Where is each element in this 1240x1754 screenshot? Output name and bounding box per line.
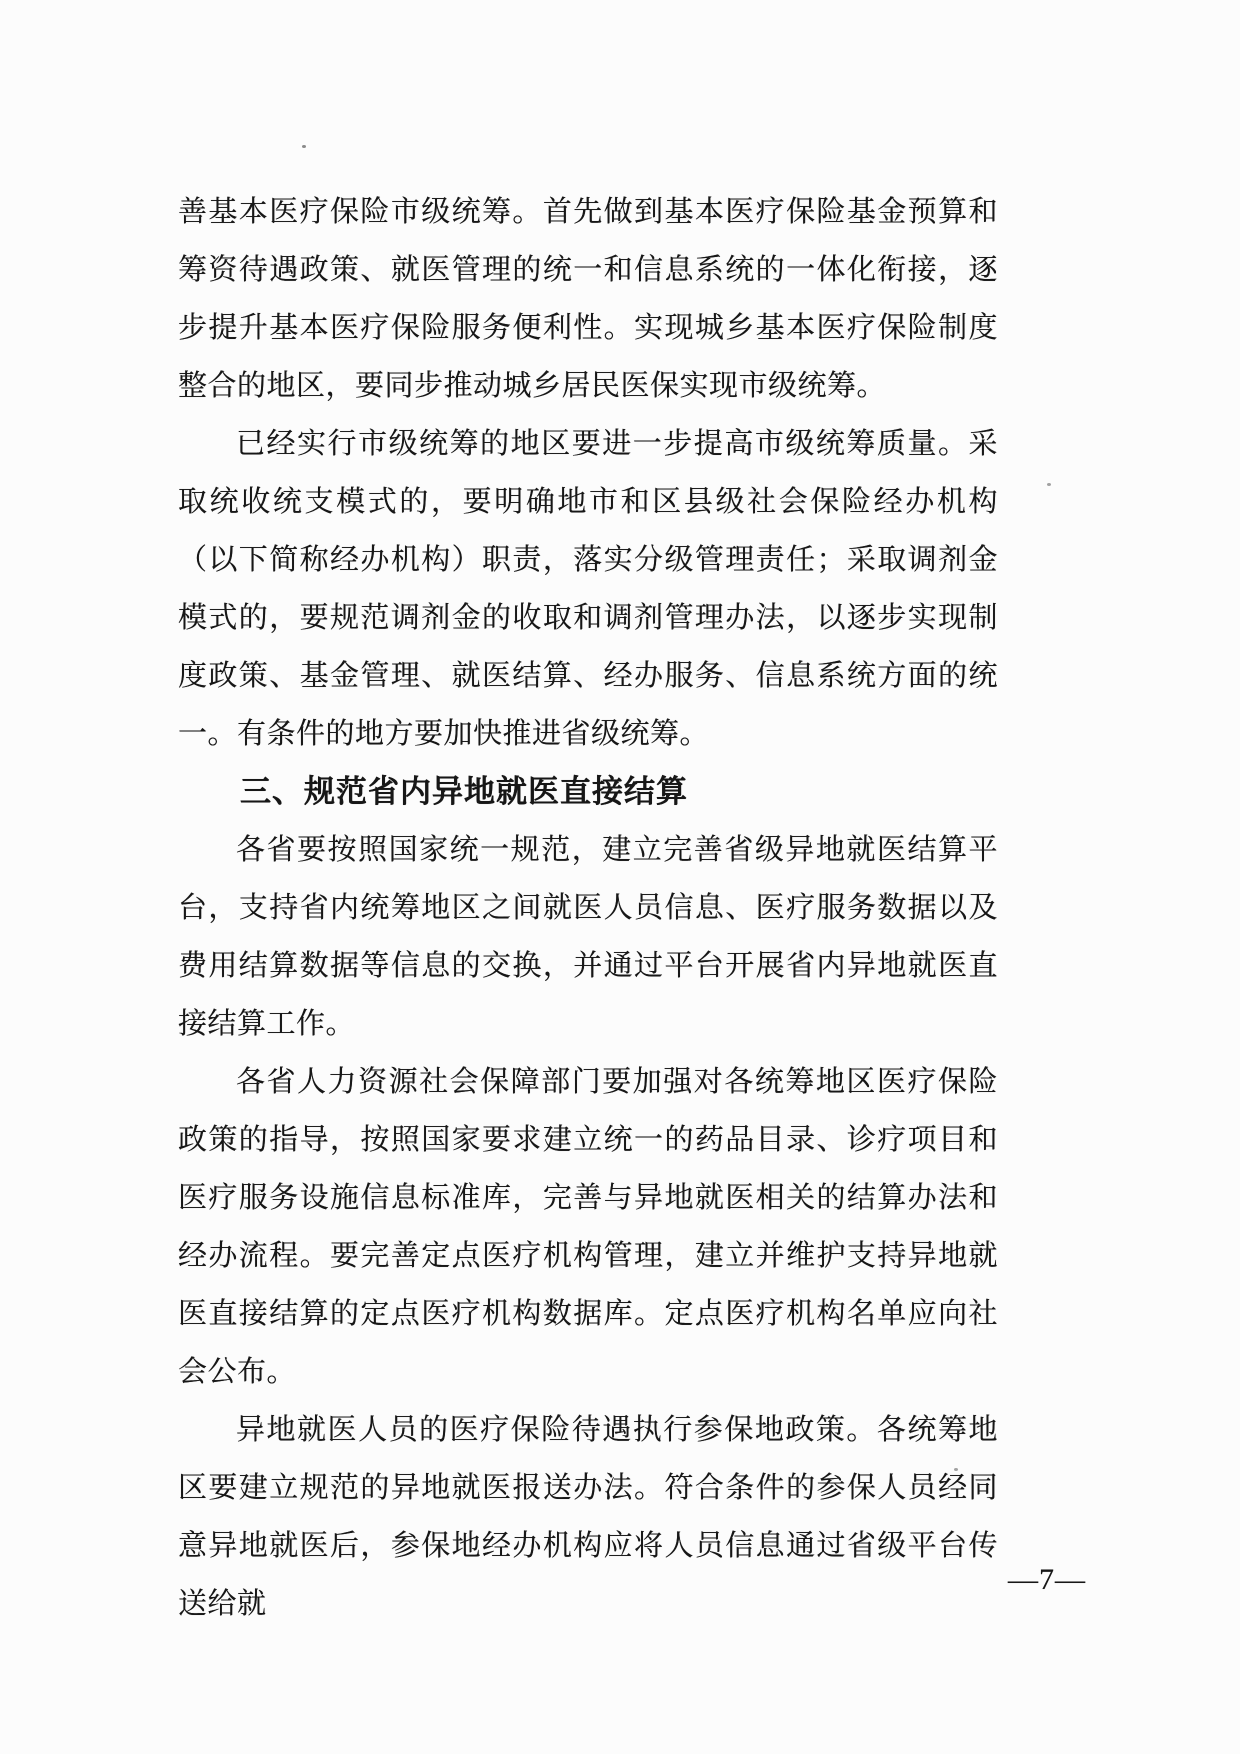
body-paragraph: 已经实行市级统筹的地区要进一步提高市级统筹质量。采取统收统支模式的，要明确地市和… (178, 415, 998, 763)
page-number: —7— (1008, 1562, 1086, 1598)
body-paragraph: 异地就医人员的医疗保险待遇执行参保地政策。各统筹地区要建立规范的异地就医报送办法… (178, 1401, 998, 1633)
scan-speckle (302, 145, 306, 148)
body-paragraph: 各省要按照国家统一规范，建立完善省级异地就医结算平台，支持省内统筹地区之间就医人… (178, 821, 998, 1053)
body-paragraph: 各省人力资源社会保障部门要加强对各统筹地区医疗保险政策的指导，按照国家要求建立统… (178, 1053, 998, 1401)
document-page: 善基本医疗保险市级统筹。首先做到基本医疗保险基金预算和筹资待遇政策、就医管理的统… (0, 0, 1240, 1754)
document-body: 善基本医疗保险市级统筹。首先做到基本医疗保险基金预算和筹资待遇政策、就医管理的统… (178, 183, 998, 1633)
body-paragraph-continued: 善基本医疗保险市级统筹。首先做到基本医疗保险基金预算和筹资待遇政策、就医管理的统… (178, 183, 998, 415)
scan-speckle (1047, 483, 1051, 486)
section-heading: 三、规范省内异地就医直接结算 (178, 763, 998, 821)
